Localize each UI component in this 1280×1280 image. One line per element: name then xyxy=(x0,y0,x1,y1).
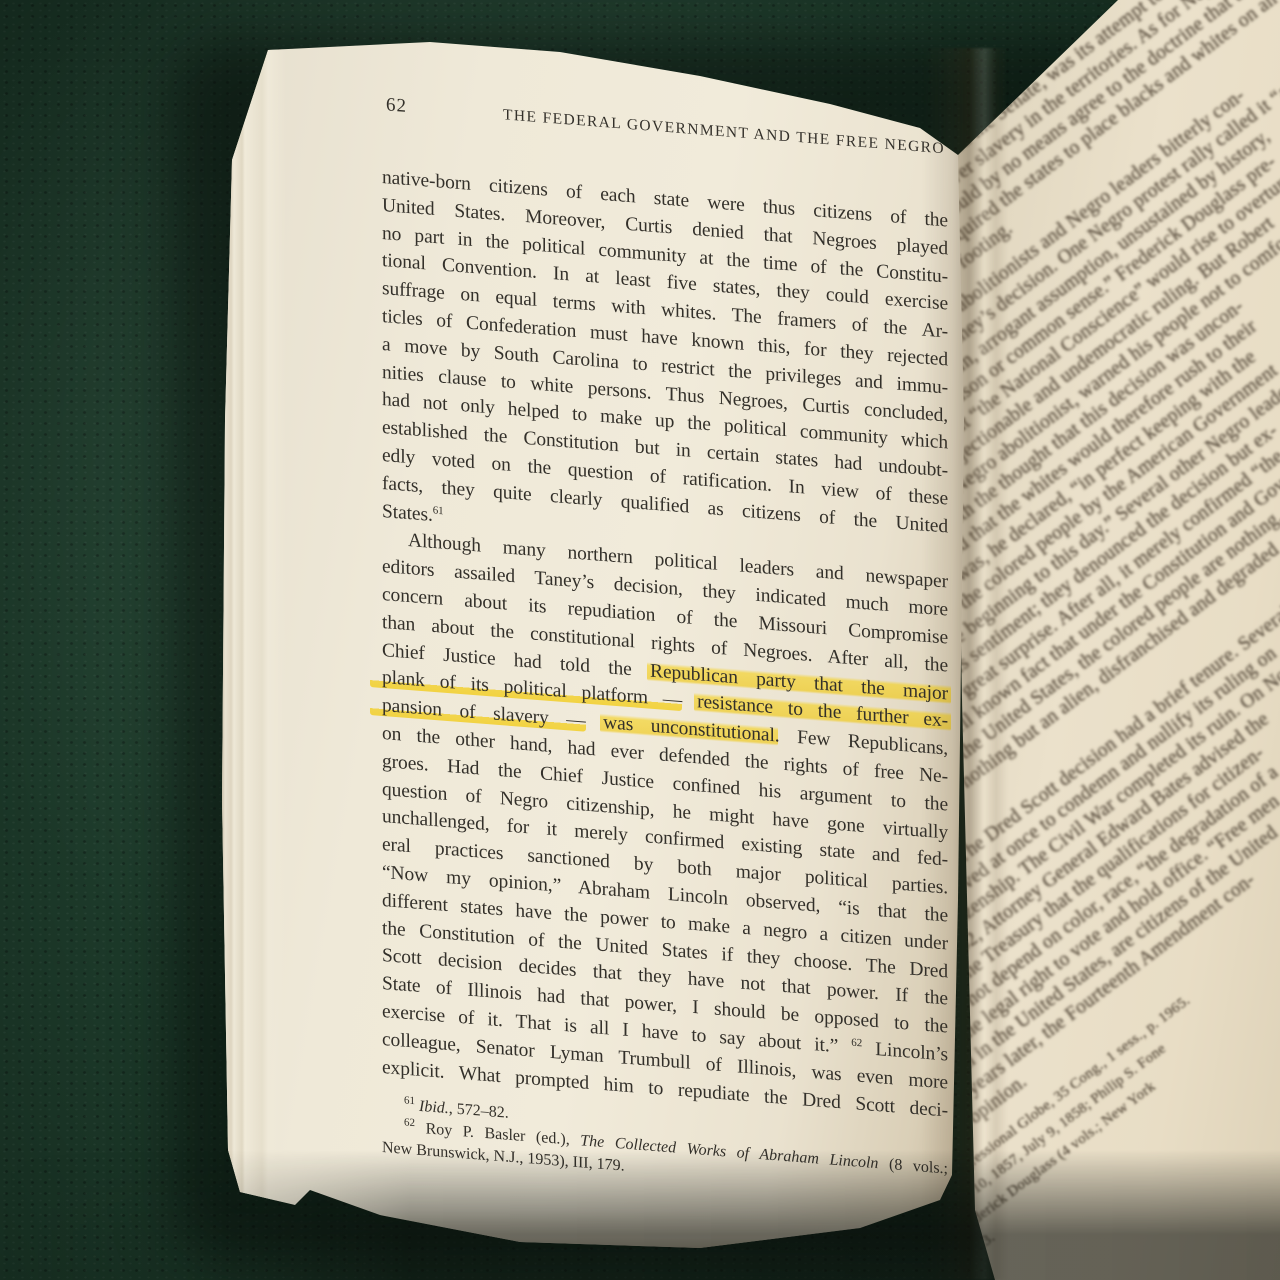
page-number: 62 xyxy=(386,94,407,118)
text-segment: States. xyxy=(382,501,433,526)
left-page: 62 THE FEDERAL GOVERNMENT AND THE FREE N… xyxy=(222,42,966,1254)
gutter-crease xyxy=(922,48,1008,1280)
bottom-shadow xyxy=(0,1150,1280,1280)
page-edge-stack xyxy=(222,42,286,1254)
text-segment: 62 xyxy=(851,1037,862,1050)
text-segment: , 572–82. xyxy=(449,1100,509,1122)
left-page-text: 62 THE FEDERAL GOVERNMENT AND THE FREE N… xyxy=(382,92,948,1202)
text-segment: 61 xyxy=(433,504,444,517)
text-segment: Ibid. xyxy=(419,1098,449,1117)
text-segment: 62 xyxy=(404,1116,415,1129)
book-photo: told the Senate, was its attempt to limi… xyxy=(0,0,1280,1280)
text-segment: 61 xyxy=(404,1095,415,1108)
body-text: native-born citizens of each state were … xyxy=(382,164,948,1125)
